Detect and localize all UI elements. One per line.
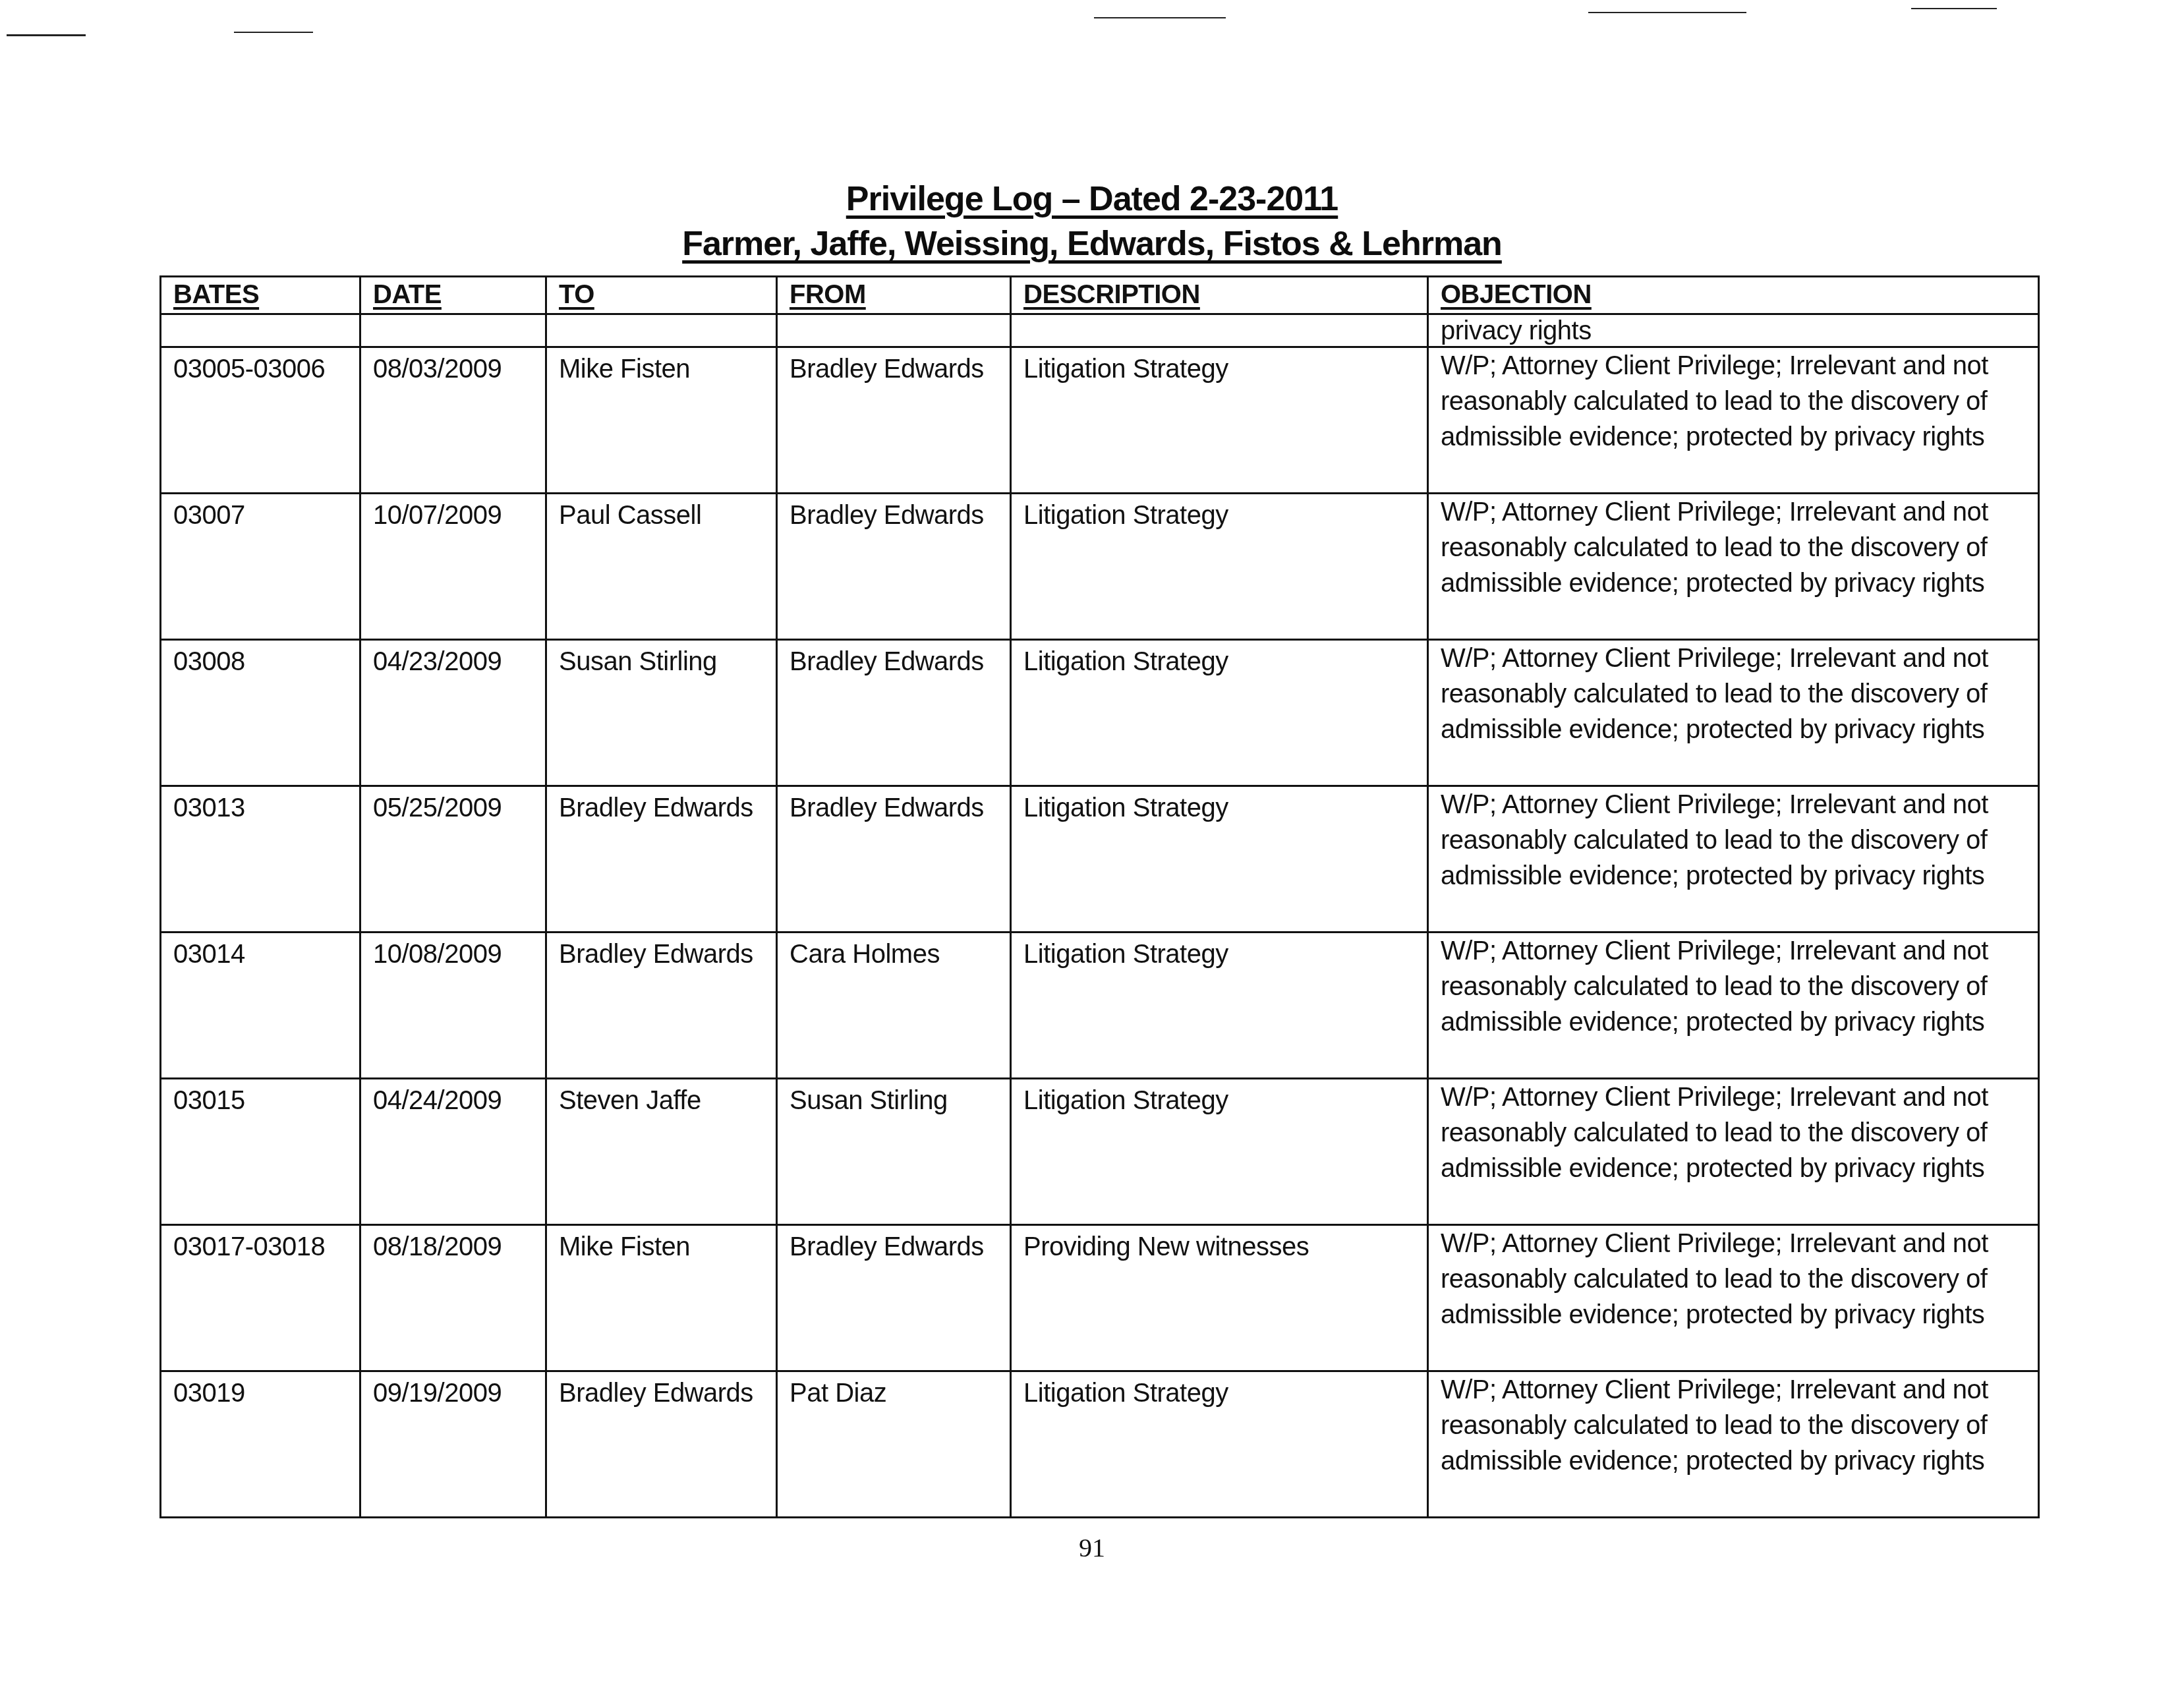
cell-to: Steven Jaffe (546, 1079, 777, 1225)
cell-objection: W/P; Attorney Client Privilege; Irreleva… (1428, 1371, 2039, 1518)
cell-objection: W/P; Attorney Client Privilege; Irreleva… (1428, 347, 2039, 494)
cell-bates: 03007 (161, 494, 360, 640)
table-row: 03019 09/19/2009 Bradley Edwards Pat Dia… (161, 1371, 2039, 1518)
cell-objection: W/P; Attorney Client Privilege; Irreleva… (1428, 1225, 2039, 1371)
page-number: 91 (0, 1532, 2184, 1563)
cell-objection: W/P; Attorney Client Privilege; Irreleva… (1428, 933, 2039, 1079)
cell-objection: W/P; Attorney Client Privilege; Irreleva… (1428, 494, 2039, 640)
document-subtitle: Farmer, Jaffe, Weissing, Edwards, Fistos… (0, 224, 2184, 264)
cell-bates: 03005-03006 (161, 347, 360, 494)
cell-objection: W/P; Attorney Client Privilege; Irreleva… (1428, 1079, 2039, 1225)
cell-date: 10/07/2009 (360, 494, 546, 640)
cell-to: Bradley Edwards (546, 786, 777, 933)
column-header-date: DATE (360, 277, 546, 314)
cell-from: Susan Stirling (777, 1079, 1011, 1225)
carryover-row: privacy rights (161, 314, 2039, 347)
cell-from (777, 314, 1011, 347)
cell-date: 04/24/2009 (360, 1079, 546, 1225)
cell-bates: 03017-03018 (161, 1225, 360, 1371)
cell-from: Pat Diaz (777, 1371, 1011, 1518)
scan-artifact (7, 34, 86, 36)
cell-description: Litigation Strategy (1011, 494, 1428, 640)
cell-description: Litigation Strategy (1011, 347, 1428, 494)
cell-from: Bradley Edwards (777, 786, 1011, 933)
column-header-to: TO (546, 277, 777, 314)
cell-date: 10/08/2009 (360, 933, 546, 1079)
cell-from: Bradley Edwards (777, 494, 1011, 640)
cell-description: Providing New witnesses (1011, 1225, 1428, 1371)
cell-bates: 03014 (161, 933, 360, 1079)
privilege-log-table: BATES DATE TO FROM DESCRIPTION OBJECTION… (159, 275, 2040, 1518)
table-row: 03007 10/07/2009 Paul Cassell Bradley Ed… (161, 494, 2039, 640)
cell-date (360, 314, 546, 347)
cell-to: Mike Fisten (546, 1225, 777, 1371)
table-row: 03017-03018 08/18/2009 Mike Fisten Bradl… (161, 1225, 2039, 1371)
cell-bates: 03008 (161, 640, 360, 786)
cell-description: Litigation Strategy (1011, 1079, 1428, 1225)
cell-description: Litigation Strategy (1011, 786, 1428, 933)
column-header-objection: OBJECTION (1428, 277, 2039, 314)
cell-objection: W/P; Attorney Client Privilege; Irreleva… (1428, 640, 2039, 786)
cell-description: Litigation Strategy (1011, 640, 1428, 786)
table-row: 03005-03006 08/03/2009 Mike Fisten Bradl… (161, 347, 2039, 494)
scan-artifact (1094, 17, 1226, 18)
cell-date: 04/23/2009 (360, 640, 546, 786)
cell-date: 08/18/2009 (360, 1225, 546, 1371)
cell-description (1011, 314, 1428, 347)
column-header-bates: BATES (161, 277, 360, 314)
table-row: 03014 10/08/2009 Bradley Edwards Cara Ho… (161, 933, 2039, 1079)
table-row: 03015 04/24/2009 Steven Jaffe Susan Stir… (161, 1079, 2039, 1225)
cell-bates: 03019 (161, 1371, 360, 1518)
cell-to: Paul Cassell (546, 494, 777, 640)
scan-artifact (234, 32, 313, 33)
table-row: 03008 04/23/2009 Susan Stirling Bradley … (161, 640, 2039, 786)
cell-from: Bradley Edwards (777, 1225, 1011, 1371)
cell-objection: privacy rights (1428, 314, 2039, 347)
header-row: BATES DATE TO FROM DESCRIPTION OBJECTION (161, 277, 2039, 314)
cell-description: Litigation Strategy (1011, 1371, 1428, 1518)
cell-to (546, 314, 777, 347)
cell-bates (161, 314, 360, 347)
cell-description: Litigation Strategy (1011, 933, 1428, 1079)
document-title: Privilege Log – Dated 2-23-2011 (0, 179, 2184, 219)
cell-bates: 03015 (161, 1079, 360, 1225)
cell-date: 09/19/2009 (360, 1371, 546, 1518)
cell-bates: 03013 (161, 786, 360, 933)
cell-objection: W/P; Attorney Client Privilege; Irreleva… (1428, 786, 2039, 933)
cell-to: Susan Stirling (546, 640, 777, 786)
table-row: 03013 05/25/2009 Bradley Edwards Bradley… (161, 786, 2039, 933)
cell-from: Cara Holmes (777, 933, 1011, 1079)
scan-artifact (1911, 8, 1997, 9)
cell-date: 08/03/2009 (360, 347, 546, 494)
cell-date: 05/25/2009 (360, 786, 546, 933)
scan-artifact (1588, 12, 1746, 13)
cell-to: Mike Fisten (546, 347, 777, 494)
column-header-from: FROM (777, 277, 1011, 314)
cell-to: Bradley Edwards (546, 933, 777, 1079)
column-header-description: DESCRIPTION (1011, 277, 1428, 314)
cell-from: Bradley Edwards (777, 640, 1011, 786)
cell-from: Bradley Edwards (777, 347, 1011, 494)
cell-to: Bradley Edwards (546, 1371, 777, 1518)
